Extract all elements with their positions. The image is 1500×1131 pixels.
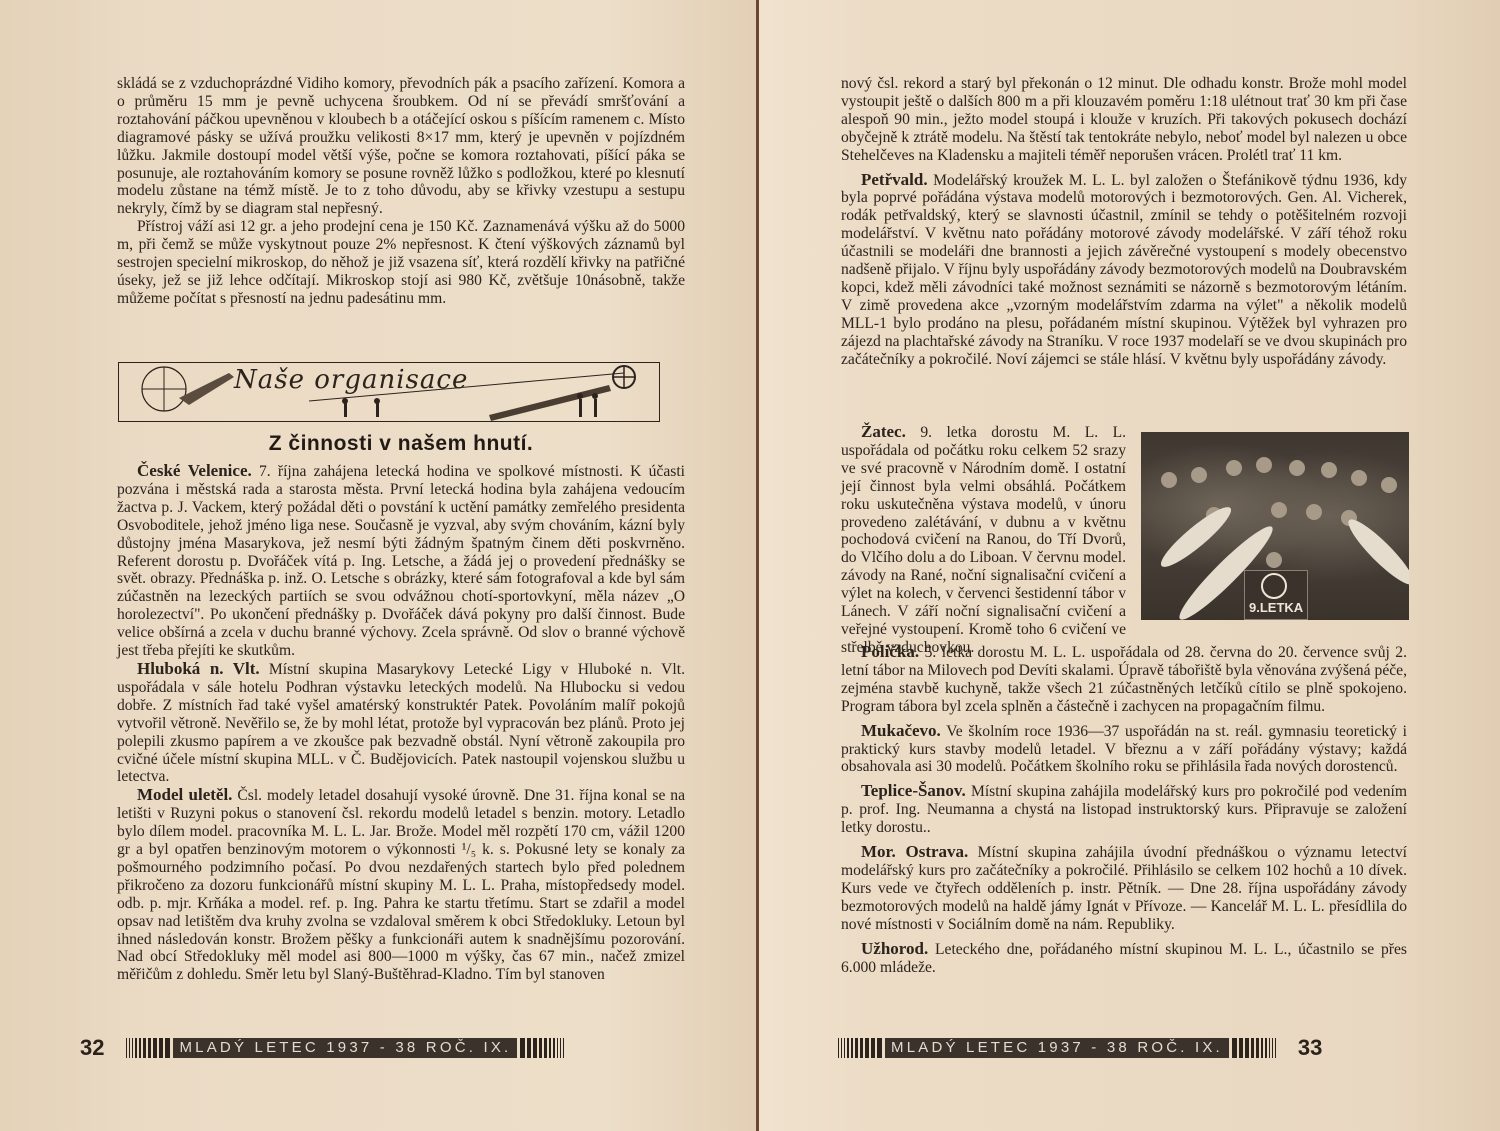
spine-fold <box>756 0 759 1131</box>
page-number: 32 <box>80 1035 104 1061</box>
entry-model-uletel: Model uletěl. Čsl. modely letadel dosahu… <box>117 786 685 984</box>
entry-mor-ostrava: Mor. Ostrava. Místní skupina zahájila úv… <box>841 843 1407 934</box>
entry-text: Místní skupina Masarykovy Letecké Ligy v… <box>117 661 685 785</box>
decorative-bars <box>126 1038 170 1058</box>
publication-strip: MLADÝ LETEC 1937 - 38 ROČ. IX. <box>885 1038 1229 1058</box>
entry-hluboka: Hluboká n. Vlt. Místní skupina Masarykov… <box>117 660 685 786</box>
entry-place: Žatec. <box>861 422 906 441</box>
entry-ceske-velenice: České Velenice. 7. října zahájena leteck… <box>117 462 685 660</box>
intro-paragraph: Přístroj váží asi 12 gr. a jeho prodejní… <box>117 218 685 308</box>
entry-teplice-sanov: Teplice-Šanov. Místní skupina zahájila m… <box>841 782 1407 837</box>
decorative-bars <box>838 1038 882 1058</box>
entry-place: Teplice-Šanov. <box>861 781 966 800</box>
entry-place: Užhorod. <box>861 939 928 958</box>
sign-caption: 9.LETKA <box>1249 600 1303 615</box>
decorative-bars <box>520 1038 564 1058</box>
left-footer: 32 MLADÝ LETEC 1937 - 38 ROČ. IX. <box>80 1037 564 1059</box>
entry-place: Hluboká n. Vlt. <box>137 659 260 678</box>
entry-place: České Velenice. <box>137 461 252 480</box>
left-intro-column: skládá se z vzduchoprázdné Vidiho komory… <box>117 75 685 308</box>
intro-paragraph: skládá se z vzduchoprázdné Vidiho komory… <box>117 75 685 218</box>
group-photo: 9.LETKA <box>1141 432 1409 620</box>
entry-policka: Polička. 5. letka dorostu M. L. L. uspoř… <box>841 643 1407 716</box>
entry-text: Čsl. modely letadel dosahují vysoké úrov… <box>117 787 685 983</box>
entry-uzhorod: Užhorod. Leteckého dne, pořádaného místn… <box>841 940 1407 977</box>
entry-place: Model uletěl. <box>137 785 232 804</box>
section-title: Z činnosti v našem hnutí. <box>117 432 685 456</box>
publication-strip: MLADÝ LETEC 1937 - 38 ROČ. IX. <box>173 1038 517 1058</box>
entry-zatec: Žatec. 9. letka dorostu M. L. L. uspořád… <box>841 423 1126 657</box>
propeller-emblem-icon <box>1261 573 1287 599</box>
entry-mukacevo: Mukačevo. Ve školním roce 1936—37 uspořá… <box>841 722 1407 777</box>
entry-petrvald: Petřvald. Modelářský kroužek M. L. L. by… <box>841 171 1407 369</box>
entry-text: Modelářský kroužek M. L. L. byl založen … <box>841 172 1407 368</box>
banner-title: Naše organisace <box>234 365 468 395</box>
right-column-top: nový čsl. rekord a starý byl překonán o … <box>841 75 1407 369</box>
entry-text: 9. letka dorostu M. L. L. uspořádala od … <box>841 424 1126 656</box>
entry-place: Polička. <box>861 642 919 661</box>
left-entries-column: České Velenice. 7. října zahájena leteck… <box>117 462 685 984</box>
page-number: 33 <box>1298 1035 1322 1061</box>
section-banner: Naše organisace <box>118 362 660 422</box>
entry-text: 7. října zahájena letecká hodina ve spol… <box>117 463 685 659</box>
entry-place: Petřvald. <box>861 170 928 189</box>
entry-place: Mor. Ostrava. <box>861 842 968 861</box>
entry-place: Mukačevo. <box>861 721 941 740</box>
zatec-column: Žatec. 9. letka dorostu M. L. L. uspořád… <box>841 423 1126 657</box>
entry-text: 5. letka dorostu M. L. L. uspořádala od … <box>841 644 1407 715</box>
right-column-bottom: Polička. 5. letka dorostu M. L. L. uspoř… <box>841 637 1407 976</box>
right-footer: MLADÝ LETEC 1937 - 38 ROČ. IX. 33 <box>838 1037 1322 1059</box>
decorative-bars <box>1232 1038 1276 1058</box>
continuation-paragraph: nový čsl. rekord a starý byl překonán o … <box>841 75 1407 165</box>
